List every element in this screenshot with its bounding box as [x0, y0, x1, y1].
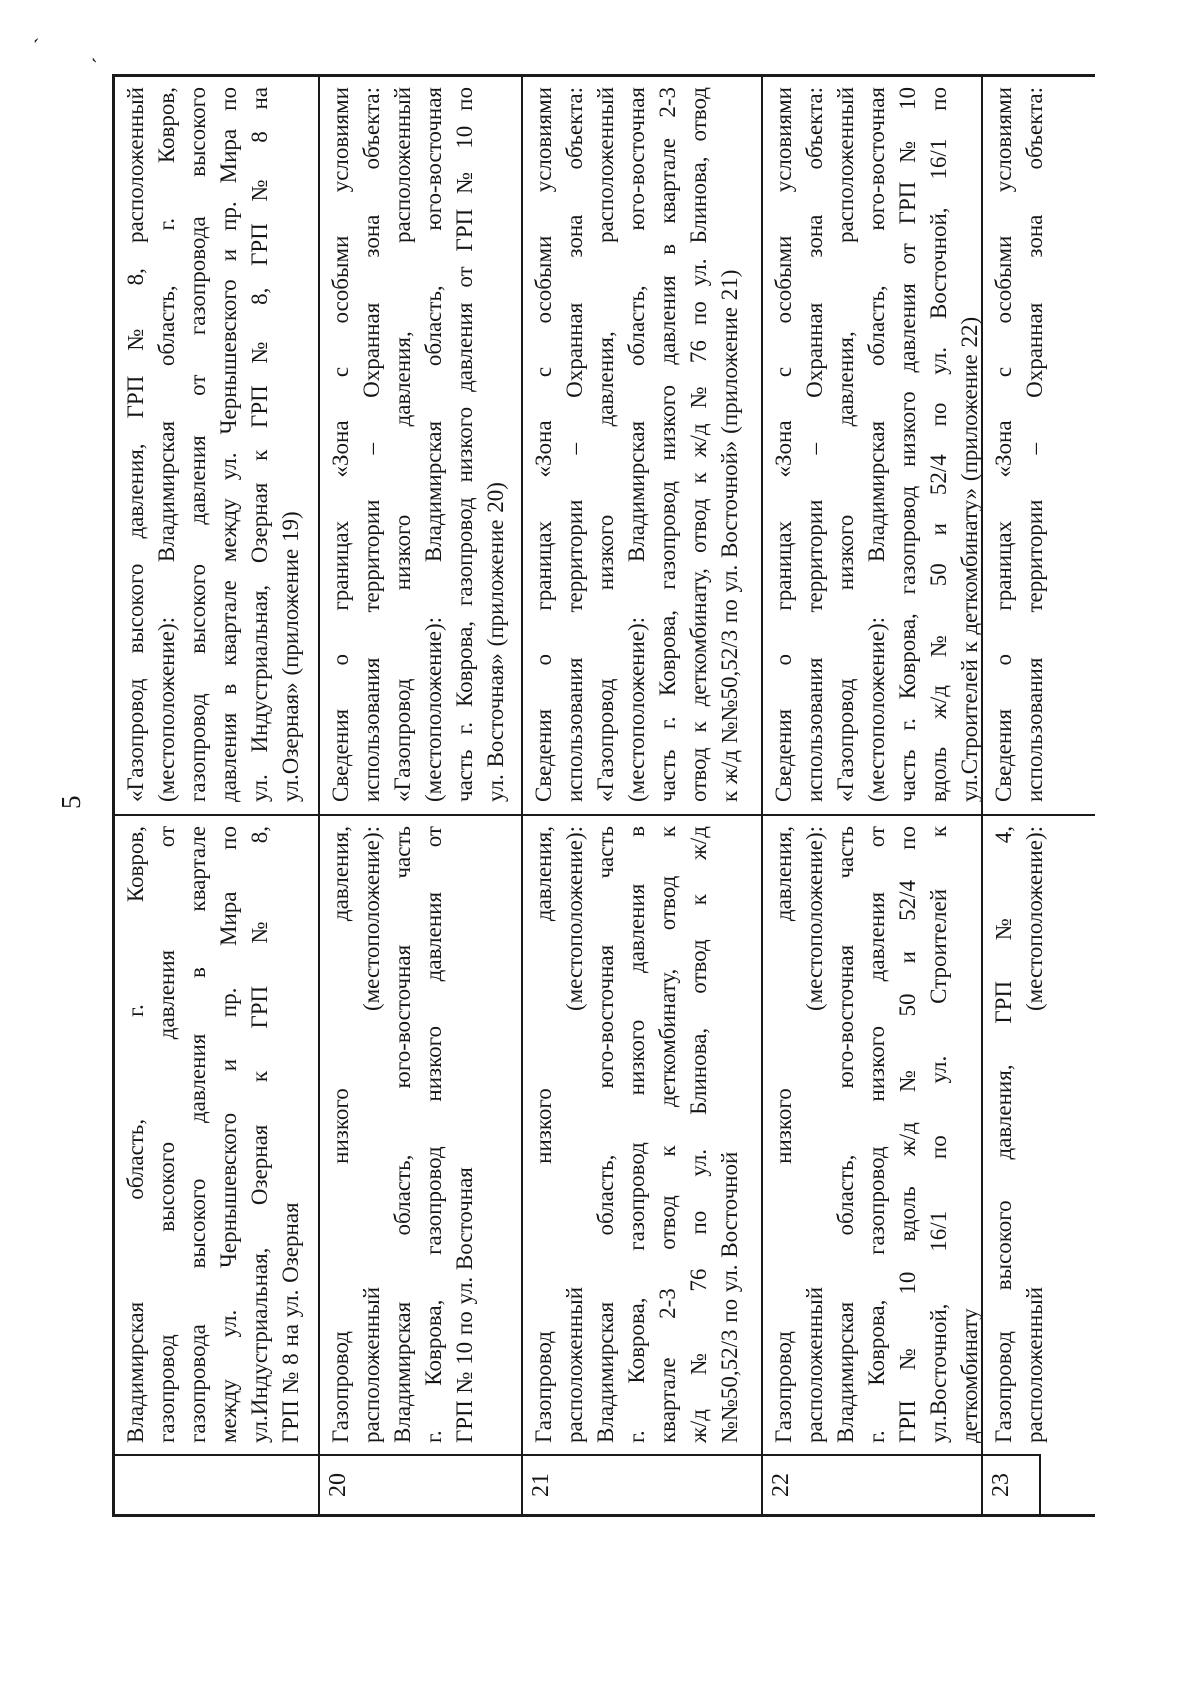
cell-line: ж/д № 76 по ул. Блинова, отвод к ж/д — [683, 826, 714, 1443]
zone-description-cell: Сведения о границах «Зона с особыми усло… — [523, 77, 761, 814]
rotated-content: ` ´ 5 Владимирская область, г. Ковров,га… — [0, 0, 1200, 1702]
cell-line: Владимирская область, юго-восточная част… — [590, 826, 621, 1443]
cell-line: ул.Строителей к деткомбинату» (приложени… — [954, 87, 981, 802]
table-row: 23Газопровод высокого давления, ГРП № 4,… — [983, 77, 1095, 1514]
cell-line: (местоположение): Владимирская область, … — [861, 87, 892, 802]
cell-line: использования территории – Охранная зона… — [356, 87, 387, 802]
cell-line: к ж/д №№50,52/3 по ул. Восточной» (прило… — [714, 87, 745, 802]
cell-line: Сведения о границах «Зона с особыми усло… — [768, 87, 799, 802]
cell-line: деткомбинату — [954, 826, 981, 1443]
table-row: 20Газопровод низкого давления,расположен… — [320, 77, 523, 1514]
cell-line: вдоль ж/д № 50 и 52/4 по ул. Восточной, … — [923, 87, 954, 802]
cell-line: Сведения о границах «Зона с особыми усло… — [325, 87, 356, 802]
zone-description-cell: «Газопровод высокого давления, ГРП № 8, … — [115, 77, 318, 814]
cell-line: г. Коврова, газопровод низкого давления … — [861, 826, 892, 1443]
cell-line: отвод к деткомбинату, отвод к ж/д № 76 п… — [683, 87, 714, 802]
zone-description-cell: Сведения о границах «Зона с особыми усло… — [763, 77, 981, 814]
cell-line: газопровода высокого давления в квартале — [182, 826, 213, 1443]
cell-line: ул. Восточная» (приложение 20) — [480, 87, 511, 802]
object-name-cell: Владимирская область, г. Ковров,газопров… — [115, 814, 318, 1454]
cell-line: ГРП № 10 по ул. Восточная — [449, 826, 480, 1443]
cell-line: Владимирская область, г. Ковров, — [120, 826, 151, 1443]
zone-description-cell: Сведения о границах «Зона с особыми усло… — [983, 77, 1095, 814]
cell-line: №№50,52/3 по ул. Восточной — [714, 826, 745, 1443]
cell-line: Владимирская область, юго-восточная част… — [830, 826, 861, 1443]
cell-line: (местоположение): Владимирская область, … — [151, 87, 182, 802]
object-name-cell: Газопровод высокого давления, ГРП № 4,ра… — [983, 814, 1095, 1454]
cell-line: использования территории – Охранная зона… — [559, 87, 590, 802]
cell-line: расположенный (местоположение): — [799, 826, 830, 1443]
cell-line: расположенный (местоположение): — [559, 826, 590, 1443]
cell-line: «Газопровод низкого давления, расположен… — [830, 87, 861, 802]
zone-description-cell: Сведения о границах «Зона с особыми усло… — [320, 77, 521, 814]
row-number-cell: 21 — [523, 1454, 761, 1514]
cell-line: г. Коврова, газопровод низкого давления … — [621, 826, 652, 1443]
cell-line: «Газопровод низкого давления, расположен… — [387, 87, 418, 802]
scan-speck: ´ — [88, 57, 114, 64]
object-name-cell: Газопровод низкого давления,расположенны… — [763, 814, 981, 1454]
cell-line: ГРП № 8 на ул. Озерная — [275, 826, 306, 1443]
cell-line: расположенный (местоположение): — [356, 826, 387, 1443]
cell-line: газопровод высокого давления от газопров… — [182, 87, 213, 802]
row-number-cell — [115, 1454, 318, 1514]
cell-line: использования территории – Охранная зона… — [1019, 87, 1050, 802]
cell-line: ул. Индустриальная, Озерная к ГРП № 8, Г… — [244, 87, 275, 802]
cell-line: Сведения о границах «Зона с особыми усло… — [528, 87, 559, 802]
row-number-cell: 22 — [763, 1454, 981, 1514]
cell-line: ГРП № 10 вдоль ж/д № 50 и 52/4 по — [892, 826, 923, 1443]
cell-line: Газопровод низкого давления, — [768, 826, 799, 1443]
cell-line: Газопровод высокого давления, ГРП № 4, — [988, 826, 1019, 1443]
cell-line: часть г. Коврова, газопровод низкого дав… — [892, 87, 923, 802]
object-name-cell: Газопровод низкого давления,расположенны… — [320, 814, 521, 1454]
cell-line: расположенный (местоположение): — [1019, 826, 1050, 1443]
cell-line: «Газопровод высокого давления, ГРП № 8, … — [120, 87, 151, 802]
cell-line: Газопровод низкого давления, — [528, 826, 559, 1443]
cell-line: ул.Восточной, 16/1 по ул. Строителей к — [923, 826, 954, 1443]
cell-line: «Газопровод низкого давления, расположен… — [590, 87, 621, 802]
row-number-cell: 20 — [320, 1454, 521, 1514]
cell-line: часть г. Коврова, газопровод низкого дав… — [652, 87, 683, 802]
page-number: 5 — [56, 796, 86, 810]
cell-line: ул.Индустриальная, Озерная к ГРП № 8, — [244, 826, 275, 1443]
cell-line: ул.Озерная» (приложение 19) — [275, 87, 306, 802]
cell-line: использования территории – Охранная зона… — [799, 87, 830, 802]
cell-line: квартале 2-3 отвод к деткомбинату, отвод… — [652, 826, 683, 1443]
cell-line: Сведения о границах «Зона с особыми усло… — [988, 87, 1019, 802]
cell-line: (местоположение): Владимирская область, … — [621, 87, 652, 802]
cell-line: Газопровод низкого давления, — [325, 826, 356, 1443]
table-row: 21Газопровод низкого давления,расположен… — [523, 77, 763, 1514]
cell-line: (местоположение): Владимирская область, … — [418, 87, 449, 802]
scanned-page: ` ´ 5 Владимирская область, г. Ковров,га… — [0, 0, 1200, 1702]
cell-line: г. Коврова, газопровод низкого давления … — [418, 826, 449, 1443]
cell-line: часть г. Коврова, газопровод низкого дав… — [449, 87, 480, 802]
cell-line: Владимирская область, юго-восточная част… — [387, 826, 418, 1443]
cell-line: давления в квартале между ул. Чернышевск… — [213, 87, 244, 802]
cell-line: газопровод высокого давления от — [151, 826, 182, 1443]
table-row: 22Газопровод низкого давления,расположен… — [763, 77, 983, 1514]
object-name-cell: Газопровод низкого давления,расположенны… — [523, 814, 761, 1454]
table-row: Владимирская область, г. Ковров,газопров… — [115, 77, 320, 1514]
row-number-cell: 23 — [983, 1454, 1041, 1514]
scan-speck: ` — [30, 37, 56, 44]
registry-table: Владимирская область, г. Ковров,газопров… — [112, 74, 1095, 1517]
cell-line: между ул. Чернышевского и пр. Мира по — [213, 826, 244, 1443]
